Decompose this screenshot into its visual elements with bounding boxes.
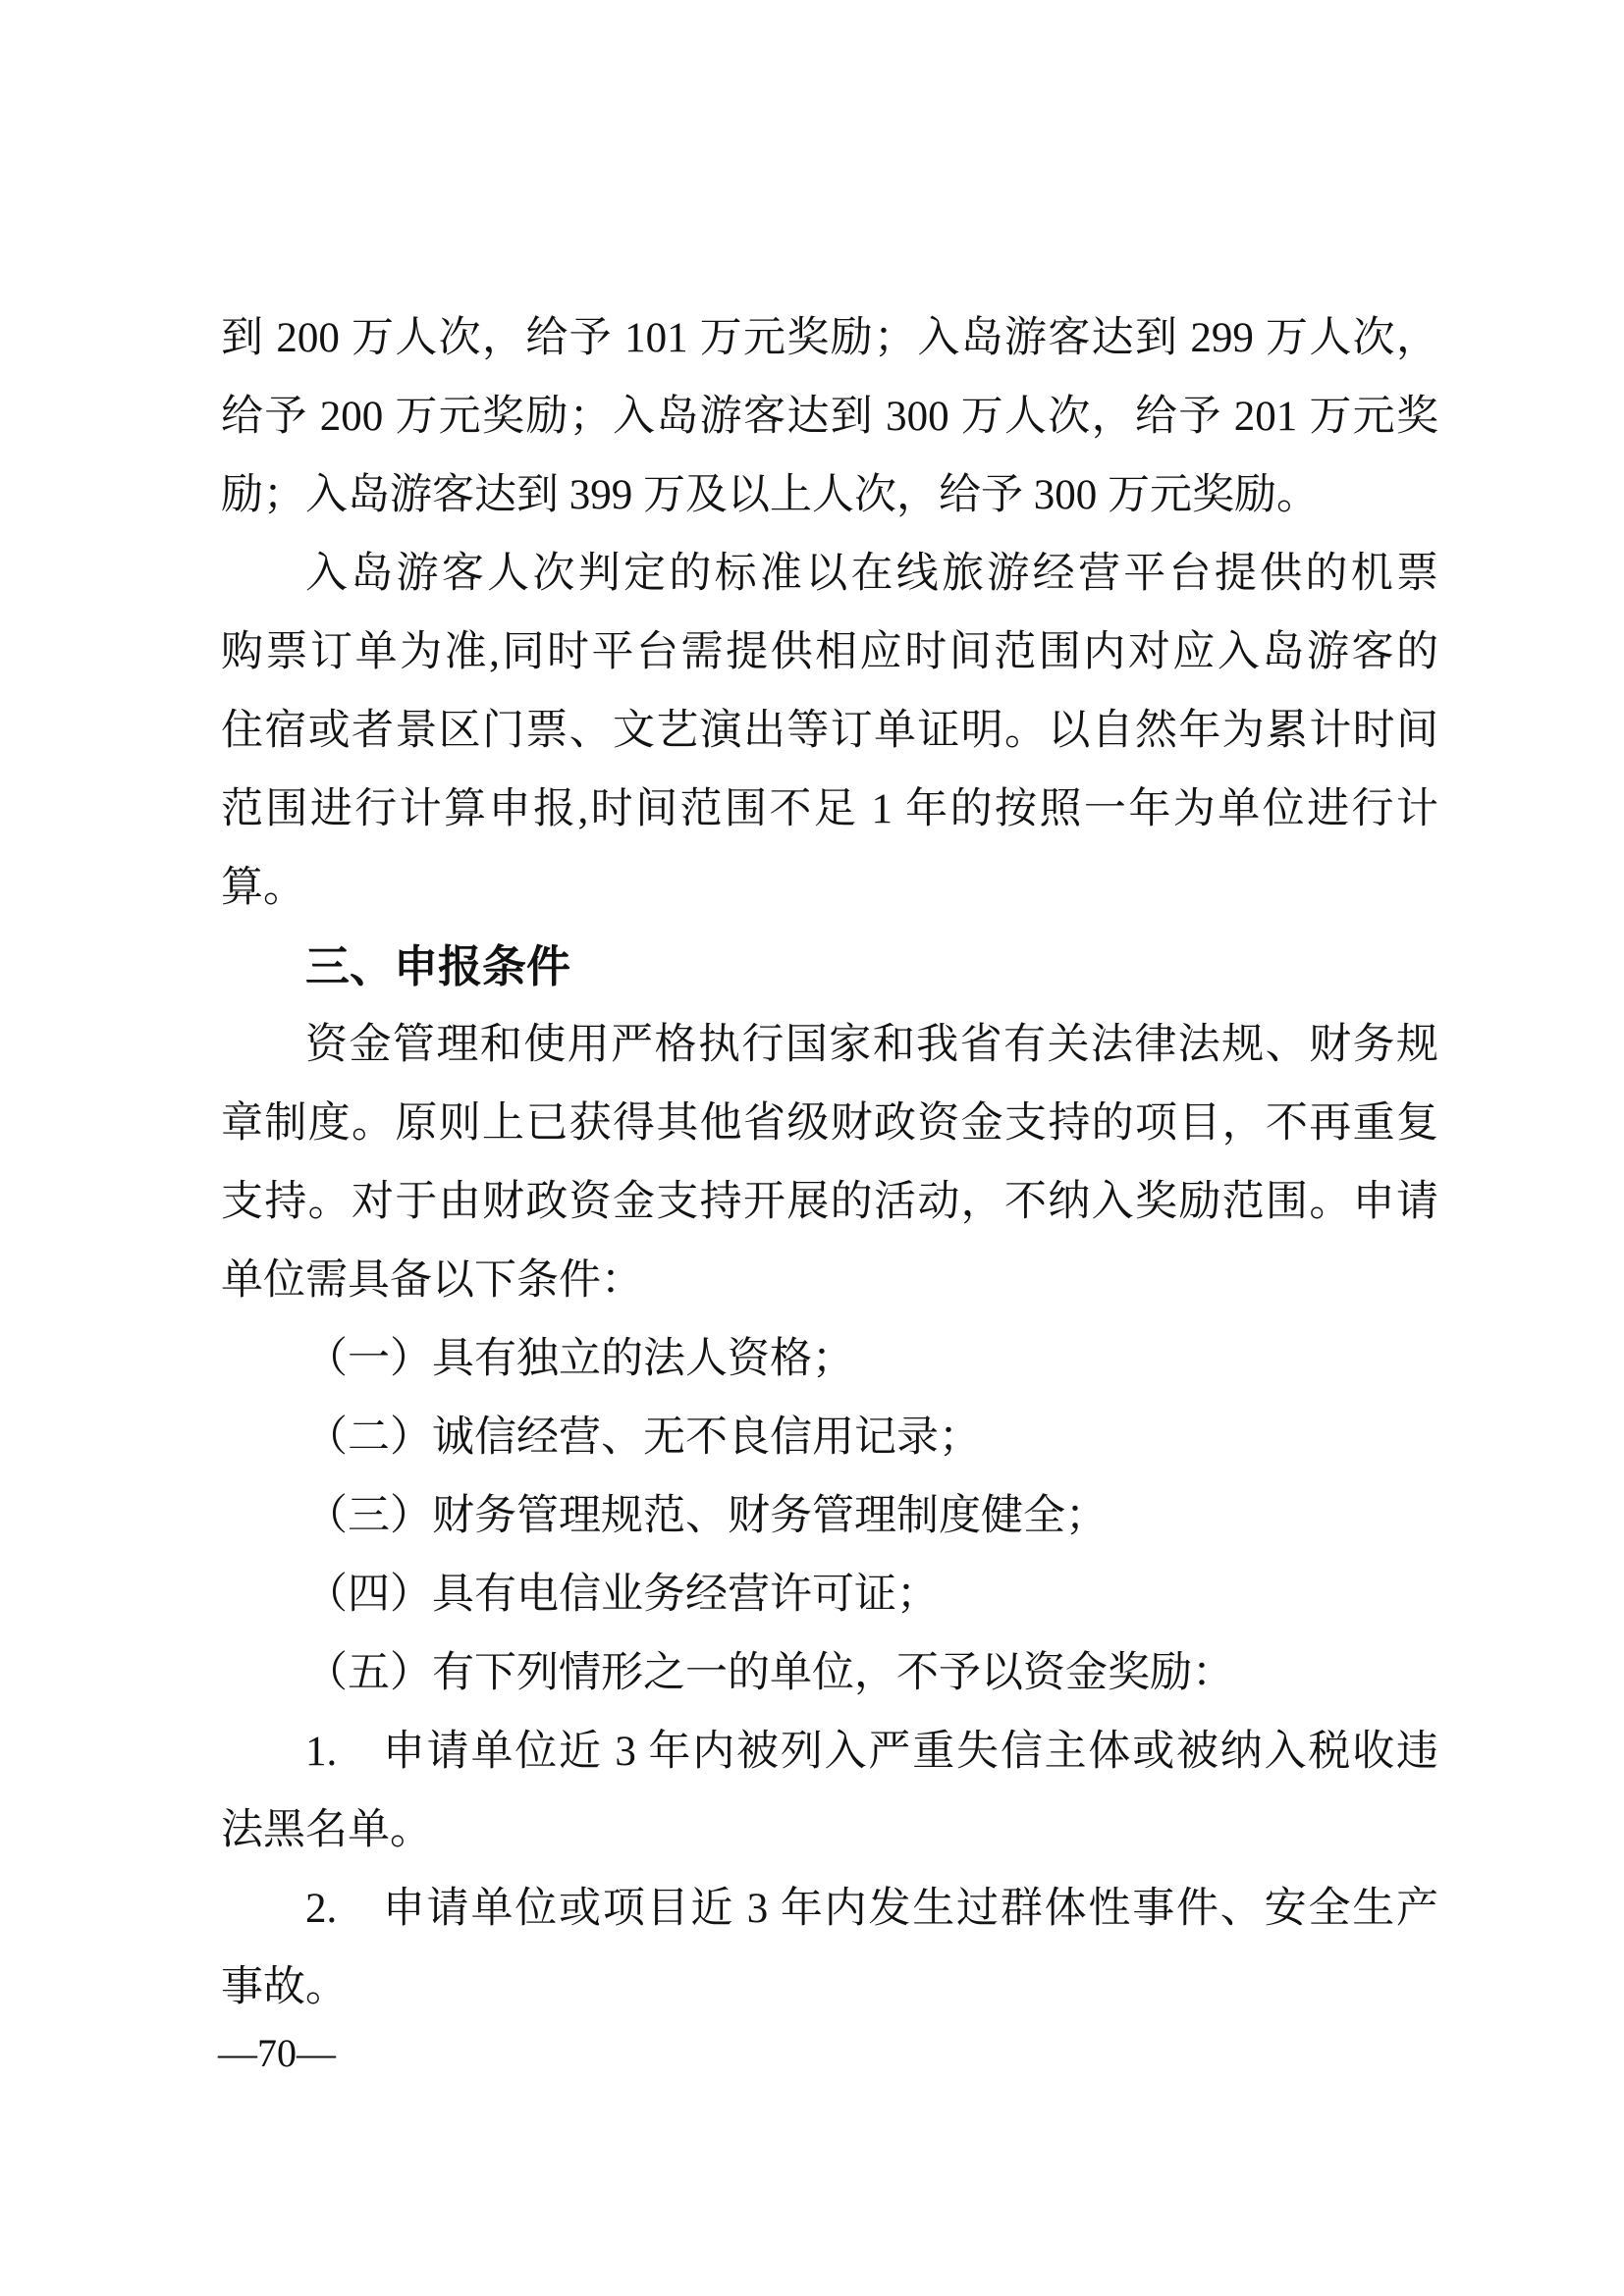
section-heading: 三、申报条件 — [221, 928, 1438, 1006]
text-line: 入岛游客人次判定的标准以在线旅游经营平台提供的机票 — [221, 535, 1438, 614]
text-line: 事故。 — [221, 1949, 1438, 2027]
text-line: 范围进行计算申报,时间范围不足 1 年的按照一年为单位进行计 — [221, 771, 1438, 849]
list-item: （二）诚信经营、无不良信用记录； — [221, 1399, 1438, 1477]
section: 三、申报条件 — [221, 928, 1438, 1006]
numbered-item: 2. 申请单位或项目近 3 年内发生过群体性事件、安全生产 事故。 — [221, 1870, 1438, 2027]
paragraph: 入岛游客人次判定的标准以在线旅游经营平台提供的机票 购票订单为准,同时平台需提供… — [221, 535, 1438, 928]
text-line: 支持。对于由财政资金支持开展的活动，不纳入奖励范围。申请 — [221, 1163, 1438, 1242]
numbered-item: 1. 申请单位近 3 年内被列入严重失信主体或被纳入税收违 法黑名单。 — [221, 1713, 1438, 1870]
text-line: （二）诚信经营、无不良信用记录； — [221, 1399, 1438, 1477]
text-line: 1. 申请单位近 3 年内被列入严重失信主体或被纳入税收违 — [221, 1713, 1438, 1791]
text-line: （一）具有独立的法人资格； — [221, 1320, 1438, 1399]
text-line: 法黑名单。 — [221, 1791, 1438, 1870]
text-line: 算。 — [221, 849, 1438, 928]
list-item: （五）有下列情形之一的单位，不予以资金奖励： — [221, 1634, 1438, 1713]
text-line: 到 200 万人次，给予 101 万元奖励；入岛游客达到 299 万人次， — [221, 299, 1438, 378]
text-line: （五）有下列情形之一的单位，不予以资金奖励： — [221, 1634, 1438, 1713]
text-line: 资金管理和使用严格执行国家和我省有关法律法规、财务规 — [221, 1006, 1438, 1085]
text-line: 励；入岛游客达到 399 万及以上人次，给予 300 万元奖励。 — [221, 456, 1438, 535]
paragraph: 资金管理和使用严格执行国家和我省有关法律法规、财务规 章制度。原则上已获得其他省… — [221, 1006, 1438, 1320]
text-line: 2. 申请单位或项目近 3 年内发生过群体性事件、安全生产 — [221, 1870, 1438, 1949]
text-line: 单位需具备以下条件： — [221, 1242, 1438, 1320]
list-item: （四）具有电信业务经营许可证； — [221, 1556, 1438, 1634]
text-line: （四）具有电信业务经营许可证； — [221, 1556, 1438, 1634]
document-page: 到 200 万人次，给予 101 万元奖励；入岛游客达到 299 万人次， 给予… — [0, 0, 1624, 2296]
page-number: —70— — [218, 2032, 336, 2075]
document-text: 到 200 万人次，给予 101 万元奖励；入岛游客达到 299 万人次， 给予… — [221, 299, 1438, 2027]
text-line: 章制度。原则上已获得其他省级财政资金支持的项目，不再重复 — [221, 1085, 1438, 1163]
text-line: 住宿或者景区门票、文艺演出等订单证明。以自然年为累计时间 — [221, 692, 1438, 771]
list-item: （一）具有独立的法人资格； — [221, 1320, 1438, 1399]
text-line: 给予 200 万元奖励；入岛游客达到 300 万人次，给予 201 万元奖 — [221, 378, 1438, 456]
text-line: （三）财务管理规范、财务管理制度健全； — [221, 1477, 1438, 1556]
list-item: （三）财务管理规范、财务管理制度健全； — [221, 1477, 1438, 1556]
paragraph: 到 200 万人次，给予 101 万元奖励；入岛游客达到 299 万人次， 给予… — [221, 299, 1438, 535]
text-line: 购票订单为准,同时平台需提供相应时间范围内对应入岛游客的 — [221, 614, 1438, 692]
